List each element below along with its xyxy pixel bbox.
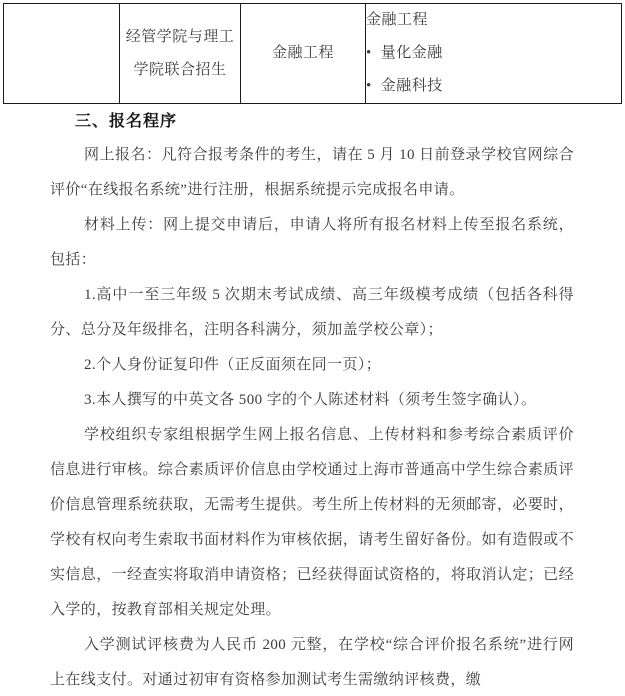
paragraph-item-1: 1.高中一至三年级 5 次期末考试成绩、高三年级模考成绩（包括各科得分、总分及年… bbox=[50, 278, 574, 348]
paragraph-item-2: 2.个人身份证复印件（正反面须在同一页）； bbox=[50, 348, 574, 383]
paragraph-item-3: 3.本人撰写的中英文各 500 字的个人陈述材料（须考生签字确认）。 bbox=[50, 383, 574, 418]
section-body: 网上报名：凡符合报考条件的考生，请在 5 月 10 日前登录学校官网综合评价“在… bbox=[50, 138, 574, 696]
program-track-label: 金融科技 bbox=[381, 78, 443, 94]
paragraph-review-process: 学校组织专家组根据学生网上报名信息、上传材料和参考综合素质评价信息进行审核。综合… bbox=[50, 418, 574, 628]
table-cell-college: 经管学院与理工学院联合招生 bbox=[120, 4, 241, 104]
table-row: 经管学院与理工学院联合招生 金融工程 金融工程 •量化金融 •金融科技 bbox=[4, 4, 622, 104]
bullet-icon: • bbox=[366, 70, 372, 103]
program-title: 金融工程 bbox=[366, 4, 621, 37]
paragraph-online-registration: 网上报名：凡符合报考条件的考生，请在 5 月 10 日前登录学校官网综合评价“在… bbox=[50, 138, 574, 208]
paragraph-test-fee: 入学测试评核费为人民币 200 元整，在学校“综合评价报名系统”进行网上在线支付… bbox=[50, 628, 574, 696]
program-track-item: •量化金融 bbox=[366, 37, 621, 70]
table-cell-group bbox=[4, 4, 120, 104]
paragraph-material-upload: 材料上传：网上提交申请后，申请人将所有报名材料上传至报名系统，包括： bbox=[50, 208, 574, 278]
table-cell-program-detail: 金融工程 •量化金融 •金融科技 bbox=[366, 4, 622, 104]
bullet-icon: • bbox=[366, 37, 372, 70]
section-heading: 三、报名程序 bbox=[75, 110, 177, 134]
program-track-item: •金融科技 bbox=[366, 70, 621, 103]
table-cell-major: 金融工程 bbox=[241, 4, 366, 104]
admissions-programs-table: 经管学院与理工学院联合招生 金融工程 金融工程 •量化金融 •金融科技 bbox=[3, 3, 622, 104]
program-track-label: 量化金融 bbox=[381, 45, 443, 61]
document-page: 经管学院与理工学院联合招生 金融工程 金融工程 •量化金融 •金融科技 三、报名… bbox=[0, 0, 625, 696]
